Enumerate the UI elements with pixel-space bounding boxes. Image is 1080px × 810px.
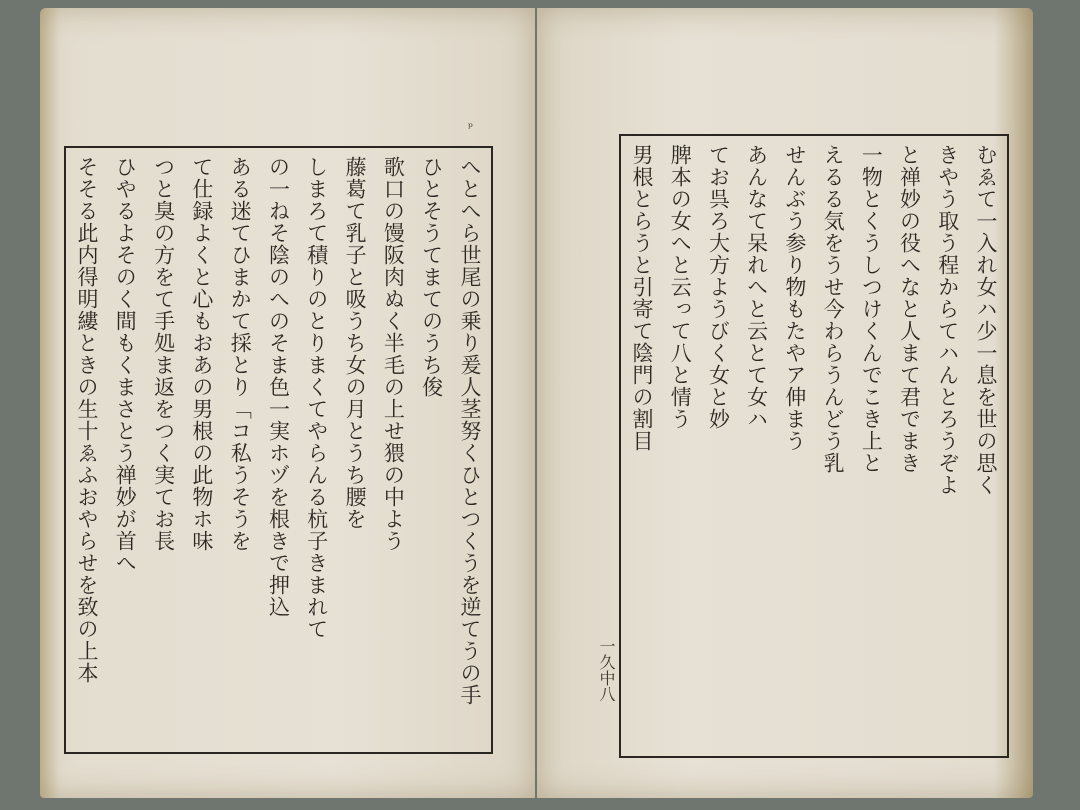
text-column: きやう取う程からてハんとろうぞよ — [935, 144, 961, 748]
text-column: つと臭の方をて手処ま返をつく実てお長 — [151, 156, 177, 744]
right-text-frame: むゑて一入れ女ハ少一息を世の思くきやう取う程からてハんとろうぞよと禅妙の役へなと… — [619, 134, 1009, 758]
text-column: 脾本の女へと云って八と情う — [667, 144, 693, 748]
text-column: 男根とらうと引寄て陰門の割目 — [629, 144, 655, 748]
page-marker: 一久中八 — [595, 638, 618, 702]
text-column: むゑて一入れ女ハ少一息を世の思く — [973, 144, 999, 748]
text-column: て仕録よくと心もおあの男根の此物ホ味 — [189, 156, 215, 744]
text-column: ひやるよそのく間もくまさとう禅妙が首へ — [112, 156, 138, 744]
left-page: ᵖ へとへら世尾の乗り爰人茎努くひとつくうを逆てうの手ひとそうてまてのうち俊歌口… — [40, 8, 535, 798]
text-column: ひとそうてまてのうち俊 — [419, 156, 445, 744]
text-column: しまろて積りのとりまくてやらんる杭子きまれて — [304, 156, 330, 744]
text-column: あんなて呆れへと云とて女ハ — [744, 144, 770, 748]
text-column: てお呉ろ大方ようびく女と妙 — [705, 144, 731, 748]
text-column: と禅妙の役へなと人まて君でまき — [897, 144, 923, 748]
text-column: 一物とくうしつけくんでこき上と — [858, 144, 884, 748]
text-column: 歌口の馒阪肉ぬく半毛の上せ猥の中よう — [380, 156, 406, 744]
margin-mark: ᵖ — [468, 120, 473, 134]
right-page: むゑて一入れ女ハ少一息を世の思くきやう取う程からてハんとろうぞよと禅妙の役へなと… — [537, 8, 1033, 798]
text-column: 藤葛て乳子と吸うち女の月とうち腰を — [342, 156, 368, 744]
text-column: へとへら世尾の乗り爰人茎努くひとつくうを逆てうの手 — [457, 156, 483, 744]
text-column: えるる気をうせ今わらうんどう乳 — [820, 144, 846, 748]
left-text-frame: へとへら世尾の乗り爰人茎努くひとつくうを逆てうの手ひとそうてまてのうち俊歌口の馒… — [64, 146, 493, 754]
text-column: せんぶう参り物もたやア伸まう — [782, 144, 808, 748]
text-column: ある迷てひまかて採とり「コ私うそうを — [227, 156, 253, 744]
text-column: の一ねそ陰のへのそま色一実ホヅを根きで押込 — [265, 156, 291, 744]
text-column: そそる此内得明縷ときの生十ゑふおやらせを致の上本 — [74, 156, 100, 744]
open-book: ᵖ へとへら世尾の乗り爰人茎努くひとつくうを逆てうの手ひとそうてまてのうち俊歌口… — [40, 8, 1035, 808]
